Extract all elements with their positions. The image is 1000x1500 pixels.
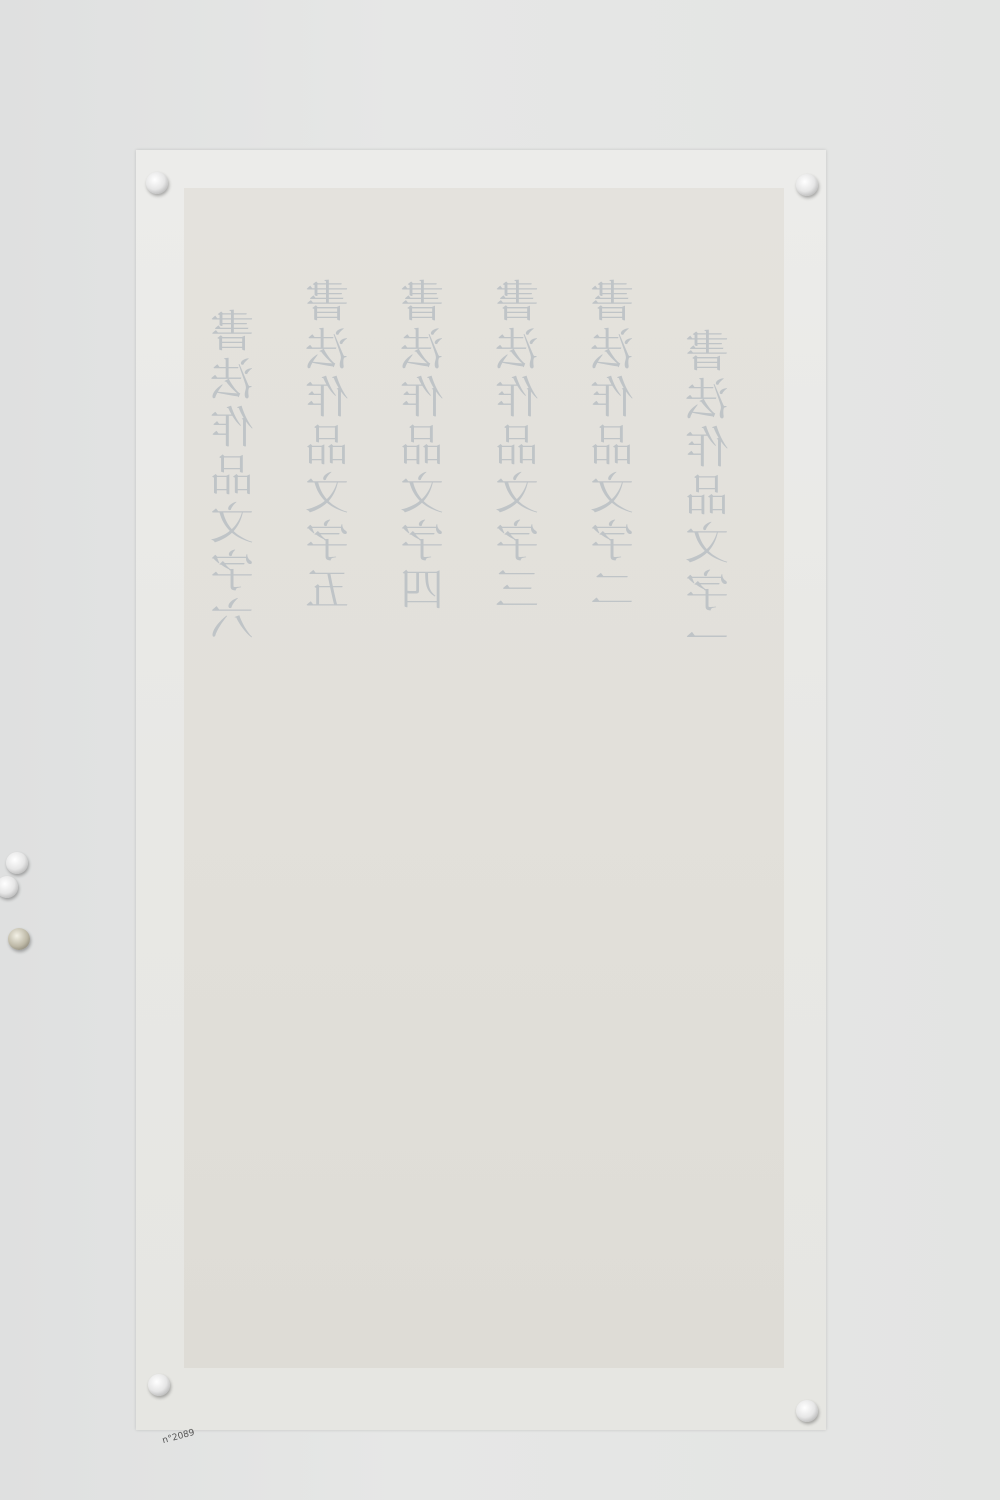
spare-pearl-pin bbox=[8, 928, 30, 950]
spare-pin bbox=[0, 876, 18, 898]
calligraphy-panel: 書法作品文字一 書法作品文字二 書法作品文字三 書法作品文字四 書法作品文字五 … bbox=[184, 188, 784, 1368]
calligraphy-column: 書法作品文字四 bbox=[395, 278, 459, 614]
push-pin bbox=[148, 1374, 170, 1396]
push-pin bbox=[796, 174, 818, 196]
inventory-mark: n°2089 bbox=[161, 1428, 196, 1446]
calligraphy-column: 書法作品文字二 bbox=[585, 278, 649, 614]
calligraphy-column: 書法作品文字一 bbox=[680, 328, 744, 664]
calligraphy-column: 書法作品文字五 bbox=[300, 278, 364, 614]
calligraphy-column: 書法作品文字六 bbox=[205, 308, 269, 644]
scroll-paper: 書法作品文字一 書法作品文字二 書法作品文字三 書法作品文字四 書法作品文字五 … bbox=[136, 150, 826, 1430]
push-pin bbox=[146, 172, 168, 194]
push-pin bbox=[796, 1400, 818, 1422]
calligraphy-column: 書法作品文字三 bbox=[490, 278, 554, 614]
spare-pin bbox=[6, 852, 28, 874]
